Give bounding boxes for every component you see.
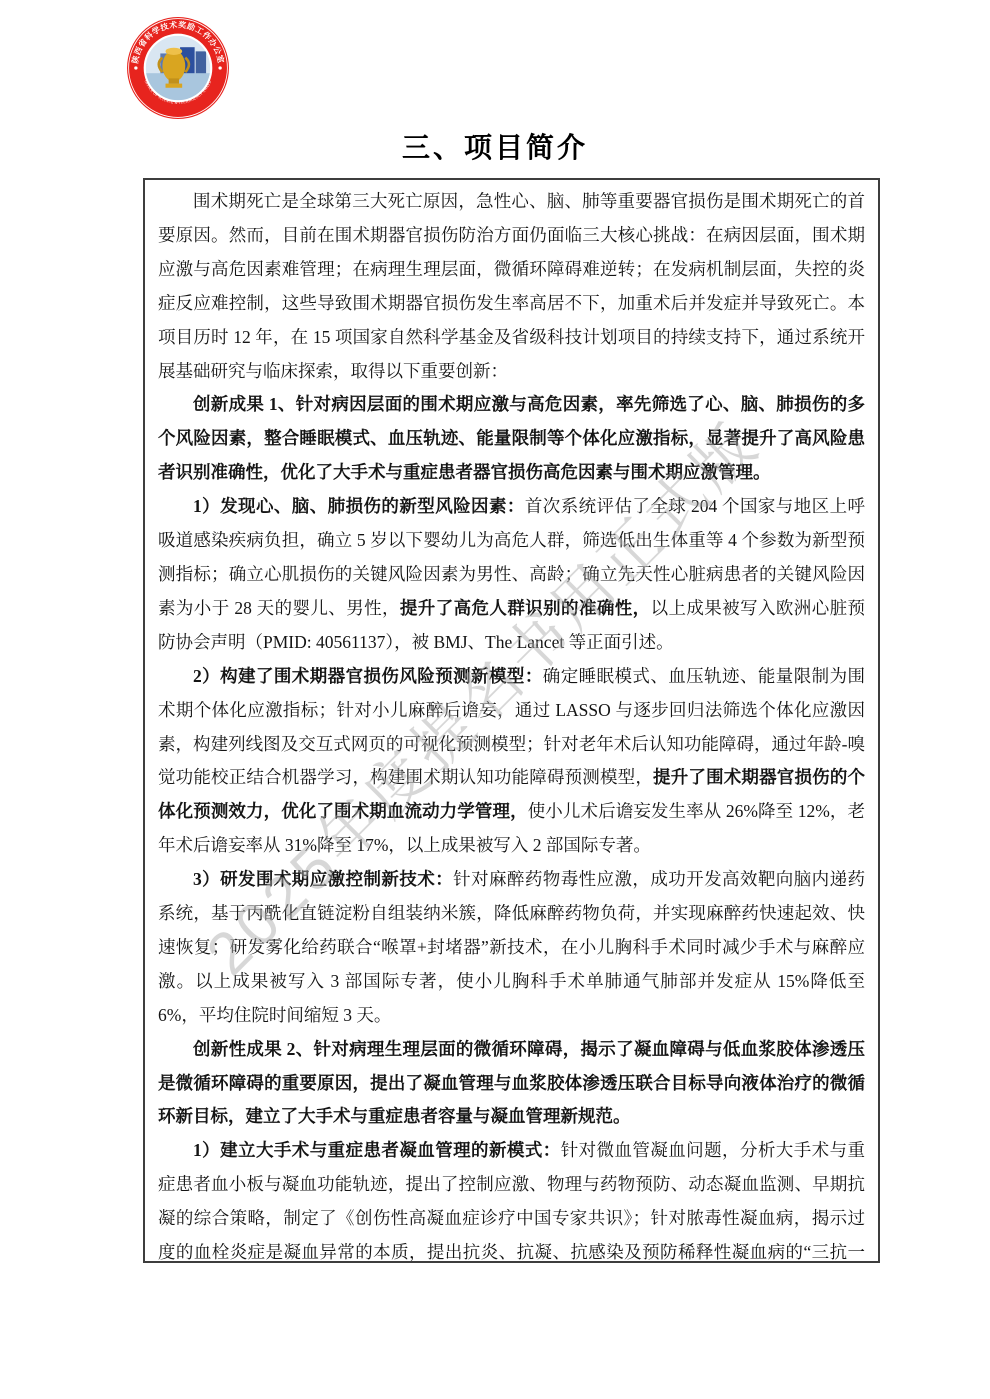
document-page: 陕西省科学技术奖励工作办公室 OFFICE OF SCIENCE & TECHN… bbox=[0, 0, 990, 1399]
bold-text-segment: 3）研发围术期应激控制新技术： bbox=[193, 869, 453, 889]
paragraph: 1）发现心、脑、肺损伤的新型风险因素：首次系统评估了全球 204 个国家与地区上… bbox=[158, 490, 865, 660]
bold-text-segment: 2）构建了围术期器官损伤风险预测新模型： bbox=[193, 666, 543, 686]
paragraph: 1）建立大手术与重症患者凝血管理的新模式：针对微血管凝血问题，分析大手术与重症患… bbox=[158, 1134, 865, 1263]
paragraph: 创新成果 1、针对病因层面的围术期应激与高危因素，率先筛选了心、脑、肺损伤的多个… bbox=[158, 388, 865, 490]
org-seal-icon: 陕西省科学技术奖励工作办公室 OFFICE OF SCIENCE & TECHN… bbox=[126, 16, 230, 120]
text-segment: 围术期死亡是全球第三大死亡原因，急性心、脑、肺等重要器官损伤是围术期死亡的首要原… bbox=[158, 191, 865, 381]
project-summary-box: 围术期死亡是全球第三大死亡原因，急性心、脑、肺等重要器官损伤是围术期死亡的首要原… bbox=[143, 178, 880, 1263]
bold-text-segment: 提升了高危人群识别的准确性， bbox=[400, 598, 651, 618]
bold-text-segment: 创新成果 1、针对病因层面的围术期应激与高危因素，率先筛选了心、脑、肺损伤的多个… bbox=[158, 394, 865, 482]
paragraphs-container: 围术期死亡是全球第三大死亡原因，急性心、脑、肺等重要器官损伤是围术期死亡的首要原… bbox=[158, 185, 865, 1263]
org-seal-logo: 陕西省科学技术奖励工作办公室 OFFICE OF SCIENCE & TECHN… bbox=[126, 16, 230, 120]
paragraph: 3）研发围术期应激控制新技术：针对麻醉药物毒性应激，成功开发高效靶向脑内递药系统… bbox=[158, 863, 865, 1033]
paragraph: 围术期死亡是全球第三大死亡原因，急性心、脑、肺等重要器官损伤是围术期死亡的首要原… bbox=[158, 185, 865, 388]
bold-text-segment: 1）发现心、脑、肺损伤的新型风险因素： bbox=[193, 496, 525, 516]
paragraph: 2）构建了围术期器官损伤风险预测新模型：确定睡眠模式、血压轨迹、能量限制为围术期… bbox=[158, 660, 865, 863]
paragraph: 创新性成果 2、针对病理生理层面的微循环障碍，揭示了凝血障碍与低血浆胶体渗透压是… bbox=[158, 1033, 865, 1135]
page-title: 三、项目简介 bbox=[0, 126, 990, 166]
bold-text-segment: 1）建立大手术与重症患者凝血管理的新模式： bbox=[193, 1140, 561, 1160]
bold-text-segment: 创新性成果 2、针对病理生理层面的微循环障碍，揭示了凝血障碍与低血浆胶体渗透压是… bbox=[158, 1039, 865, 1127]
text-segment: 针对麻醉药物毒性应激，成功开发高效靶向脑内递药系统，基于丙酰化直链淀粉自组装纳米… bbox=[158, 869, 865, 1025]
